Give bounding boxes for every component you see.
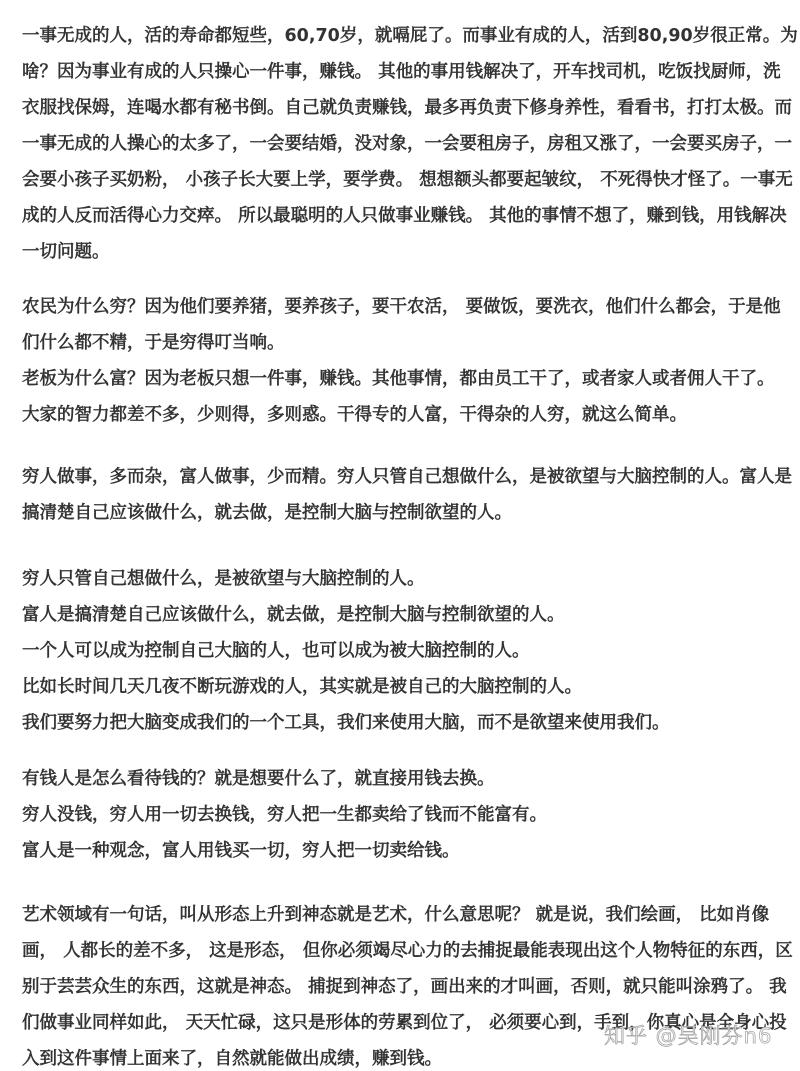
paragraph-success-lifespan: 一事无成的人，活的寿命都短些，60,70岁，就嗝屁了。而事业有成的人，活到80,…: [22, 18, 792, 270]
text-line: 艺术领域有一句话，叫从形态上升到神态就是艺术，什么意思呢？ 就是说，我们绘画， …: [22, 897, 792, 933]
paragraph-brain-control: 穷人只管自己想做什么，是被欲望与大脑控制的人。 富人是搞清楚自己应该做什么，就去…: [22, 561, 792, 741]
text-line: 衣服找保姆，连喝水都有秘书倒。自己就负责赚钱，最多再负责下修身养性，看看书，打打…: [22, 90, 792, 126]
text-line: 富人是一种观念，富人用钱买一切，穷人把一切卖给钱。: [22, 833, 792, 869]
text-line: 们什么都不精，于是穷得叮当响。: [22, 325, 792, 361]
text-line: 穷人没钱，穷人用一切去换钱，穷人把一生都卖给了钱而不能富有。: [22, 797, 792, 833]
text-line: 一个人可以成为控制自己大脑的人，也可以成为被大脑控制的人。: [22, 633, 792, 669]
text-line: 一事无成的人操心的太多了，一会要结婚，没对象，一会要租房子，房租又涨了，一会要买…: [22, 126, 792, 162]
paragraph-farmer-vs-boss: 农民为什么穷？因为他们要养猪，要养孩子，要干农活， 要做饭，要洗衣，他们什么都会…: [22, 289, 792, 433]
text-line: 搞清楚自己应该做什么，就去做，是控制大脑与控制欲望的人。: [22, 495, 792, 531]
text-line: 一切问题。: [22, 234, 792, 270]
text-line: 画， 人都长的差不多， 这是形态， 但你必须竭尽心力的去捕捉最能表现出这个人物特…: [22, 933, 792, 969]
paragraph-view-of-money: 有钱人是怎么看待钱的？就是想要什么了，就直接用钱去换。 穷人没钱，穷人用一切去换…: [22, 761, 792, 869]
text-line: 比如长时间几天几夜不断玩游戏的人，其实就是被自己的大脑控制的人。: [22, 669, 792, 705]
zhihu-watermark: 知乎 @吴刚芬n6: [604, 1020, 772, 1050]
text-line: 我们要努力把大脑变成我们的一个工具，我们来使用大脑，而不是欲望来使用我们。: [22, 705, 792, 741]
text-line: 老板为什么富？因为老板只想一件事，赚钱。其他事情，都由员工干了，或者家人或者佣人…: [22, 361, 792, 397]
text-line: 别于芸芸众生的东西，这就是神态。 捕捉到神态了，画出来的才叫画，否则，就只能叫涂…: [22, 969, 792, 1005]
text-line: 大家的智力都差不多，少则得，多则惑。干得专的人富，干得杂的人穷，就这么简单。: [22, 397, 792, 433]
text-line: 穷人只管自己想做什么，是被欲望与大脑控制的人。: [22, 561, 792, 597]
text-line: 一事无成的人，活的寿命都短些，60,70岁，就嗝屁了。而事业有成的人，活到80,…: [22, 18, 792, 54]
text-line: 成的人反而活得心力交瘁。 所以最聪明的人只做事业赚钱。 其他的事情不想了，赚到钱…: [22, 198, 792, 234]
text-line: 啥？因为事业有成的人只操心一件事，赚钱。 其他的事用钱解决了，开车找司机，吃饭找…: [22, 54, 792, 90]
text-line: 穷人做事，多而杂，富人做事，少而精。穷人只管自己想做什么，是被欲望与大脑控制的人…: [22, 459, 792, 495]
paragraph-poor-vs-rich-work: 穷人做事，多而杂，富人做事，少而精。穷人只管自己想做什么，是被欲望与大脑控制的人…: [22, 459, 792, 531]
text-line: 富人是搞清楚自己应该做什么，就去做，是控制大脑与控制欲望的人。: [22, 597, 792, 633]
text-line: 农民为什么穷？因为他们要养猪，要养孩子，要干农活， 要做饭，要洗衣，他们什么都会…: [22, 289, 792, 325]
text-line: 有钱人是怎么看待钱的？就是想要什么了，就直接用钱去换。: [22, 761, 792, 797]
text-line: 会要小孩子买奶粉， 小孩子长大要上学，要学费。 想想额头都要起皱纹， 不死得快才…: [22, 162, 792, 198]
